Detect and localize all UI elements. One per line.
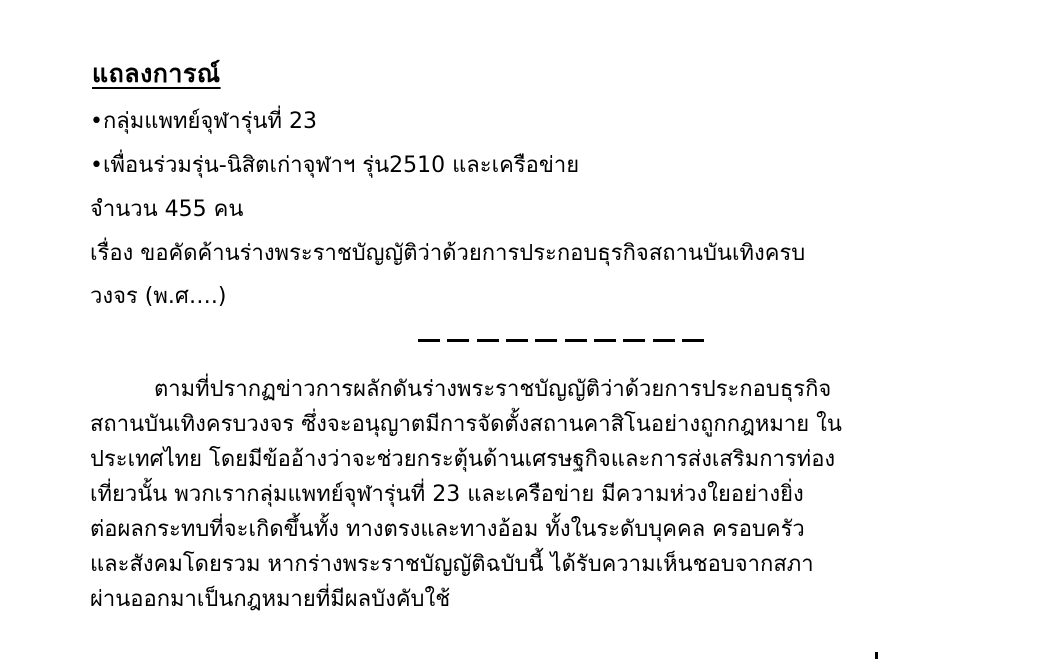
- body-line: เที่ยวนั้น พวกเรากลุ่มแพทย์จุฬารุ่นที่ 2…: [90, 477, 1040, 512]
- bullet-item-alumni-network: •เพื่อนร่วมรุ่น-นิสิตเก่าจุฬาฯ รุ่น2510 …: [90, 144, 1040, 188]
- body-line: และสังคมโดยรวม หากร่างพระราชบัญญัติฉบับน…: [90, 547, 1040, 582]
- dashed-divider: [418, 339, 704, 342]
- body-line: สถานบันเทิงครบวงจร ซึ่งจะอนุญาตมีการจัดต…: [90, 407, 1040, 442]
- divider-dash: [506, 339, 528, 342]
- divider-dash: [594, 339, 616, 342]
- body-line: ผ่านออกมาเป็นกฎหมายที่มีผลบังคับใช้: [90, 582, 1040, 617]
- divider-dash: [535, 339, 557, 342]
- header-block: •กลุ่มแพทย์จุฬารุ่นที่ 23 •เพื่อนร่วมรุ่…: [90, 100, 1040, 318]
- body-line: ประเทศไทย โดยมีข้ออ้างว่าจะช่วยกระตุ้นด้…: [90, 442, 1040, 477]
- document-page: แถลงการณ์ •กลุ่มแพทย์จุฬารุ่นที่ 23 •เพื…: [0, 0, 1062, 659]
- divider-dash: [477, 339, 499, 342]
- subject-line: เรื่อง ขอคัดค้านร่างพระราชบัญญัติว่าด้วย…: [90, 232, 1040, 318]
- body-paragraph: ตามที่ปรากฏข่าวการผลักดันร่างพระราชบัญญั…: [90, 372, 1040, 617]
- subject-text-part-2: วงจร (พ.ศ….): [90, 284, 226, 309]
- clipped-next-line-mark: [875, 652, 878, 659]
- divider-dash: [418, 339, 440, 342]
- divider-dash: [653, 339, 675, 342]
- signatory-count: จำนวน 455 คน: [90, 188, 1040, 232]
- divider-dash: [623, 339, 645, 342]
- body-line: ตามที่ปรากฏข่าวการผลักดันร่างพระราชบัญญั…: [90, 372, 1040, 407]
- body-line: ต่อผลกระทบที่จะเกิดขึ้นทั้ง ทางตรงและทาง…: [90, 512, 1040, 547]
- divider-dash: [682, 339, 704, 342]
- divider-dash: [565, 339, 587, 342]
- bullet-item-doctors-class-23: •กลุ่มแพทย์จุฬารุ่นที่ 23: [90, 100, 1040, 144]
- document-title: แถลงการณ์: [92, 52, 221, 96]
- subject-text-part-1: เรื่อง ขอคัดค้านร่างพระราชบัญญัติว่าด้วย…: [90, 241, 805, 266]
- divider-dash: [447, 339, 469, 342]
